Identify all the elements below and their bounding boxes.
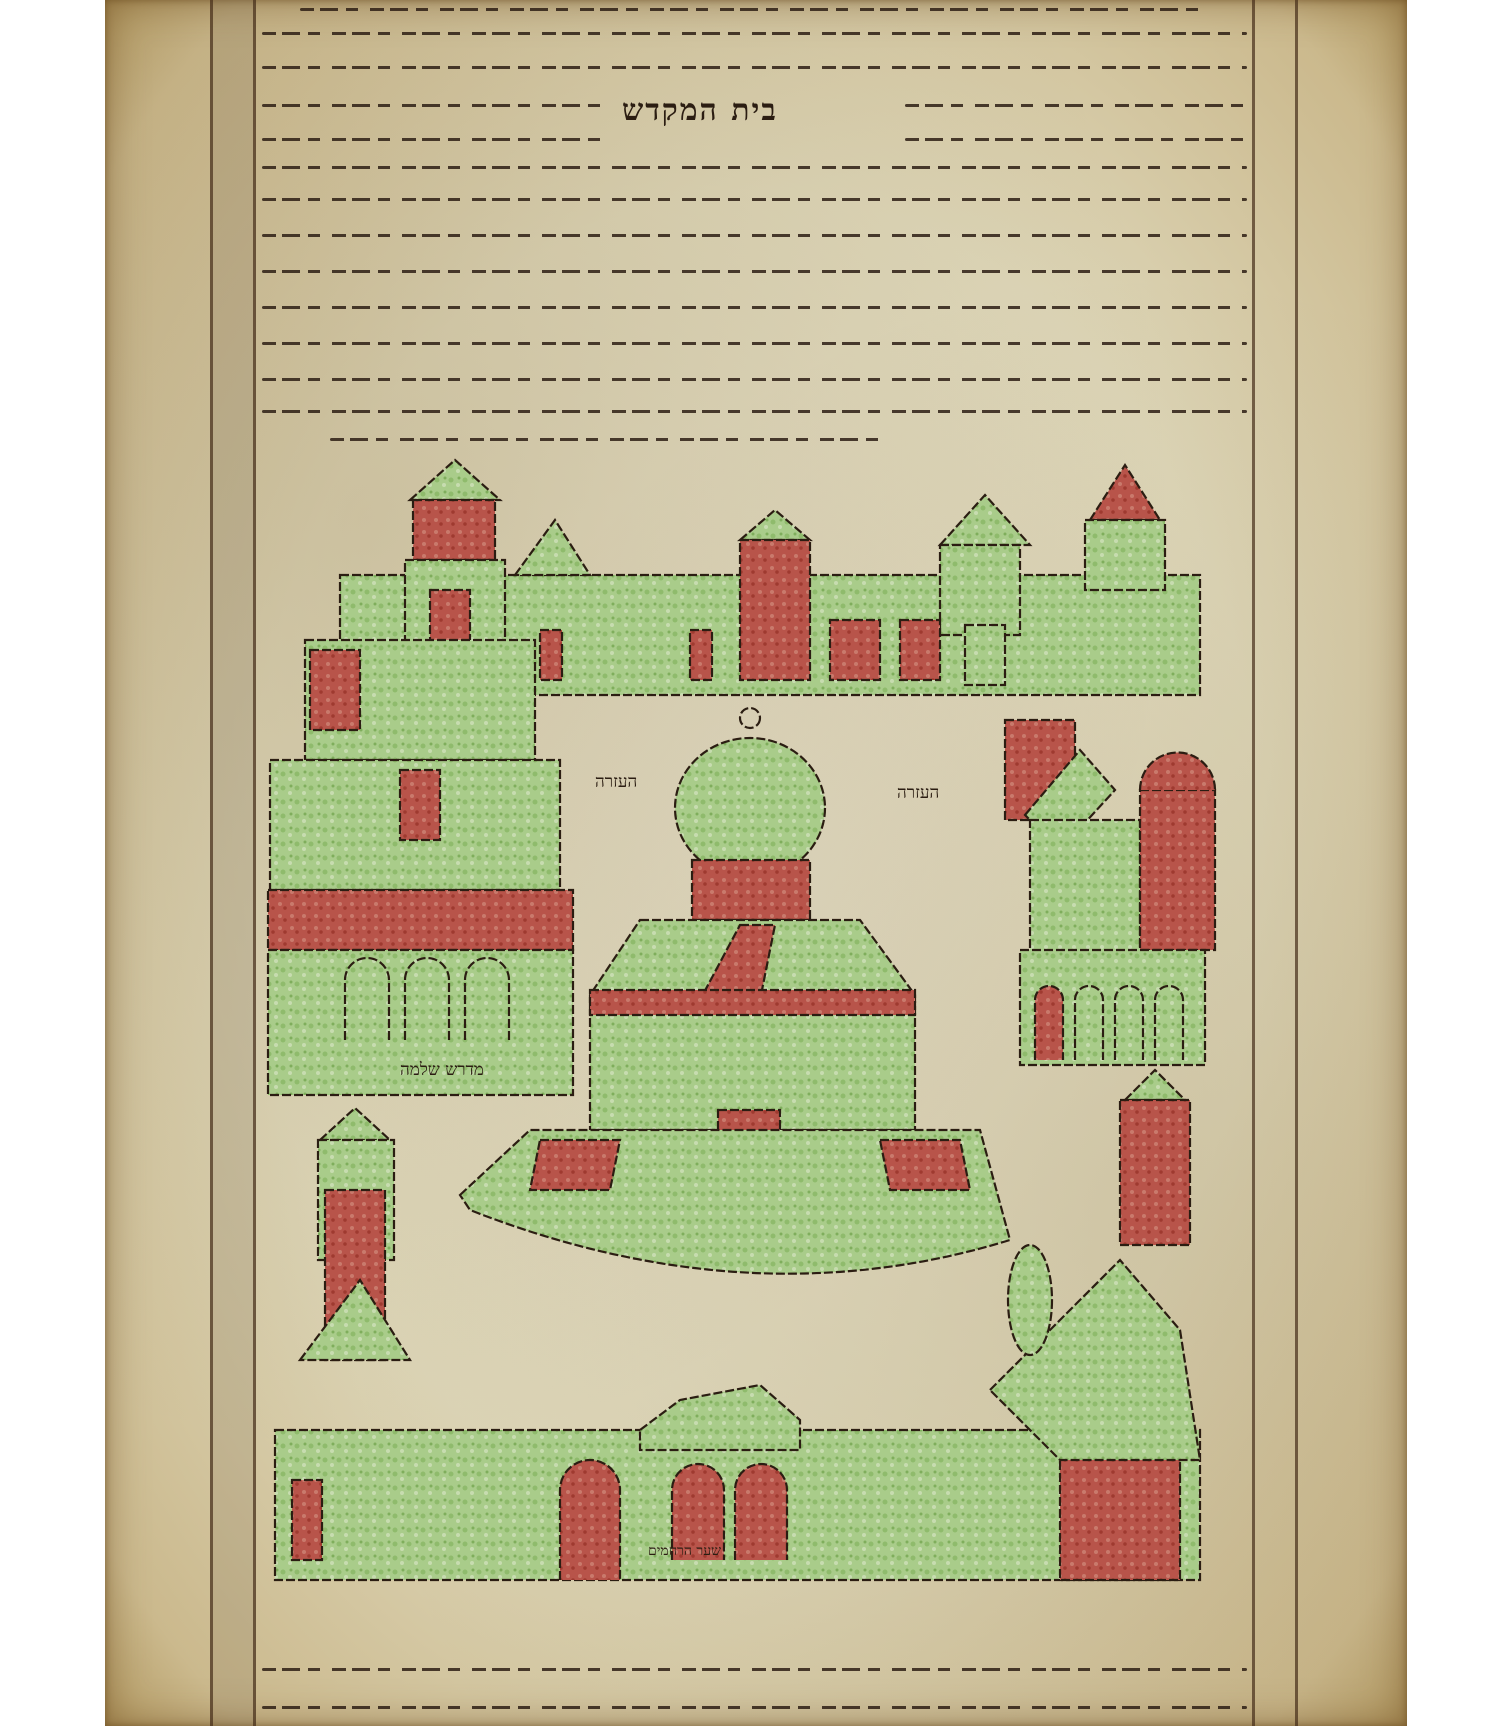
midrash-shlomo-label: מדרש שלמה	[400, 1060, 484, 1080]
gate-of-mercy-label: שער הרחמים	[648, 1543, 721, 1560]
courtyard-label-right: העזרה	[897, 783, 939, 803]
temple-illustration	[0, 0, 1500, 1726]
text-line	[262, 1706, 1247, 1709]
text-line	[262, 1668, 1247, 1671]
courtyard-label-left: העזרה	[595, 772, 637, 792]
